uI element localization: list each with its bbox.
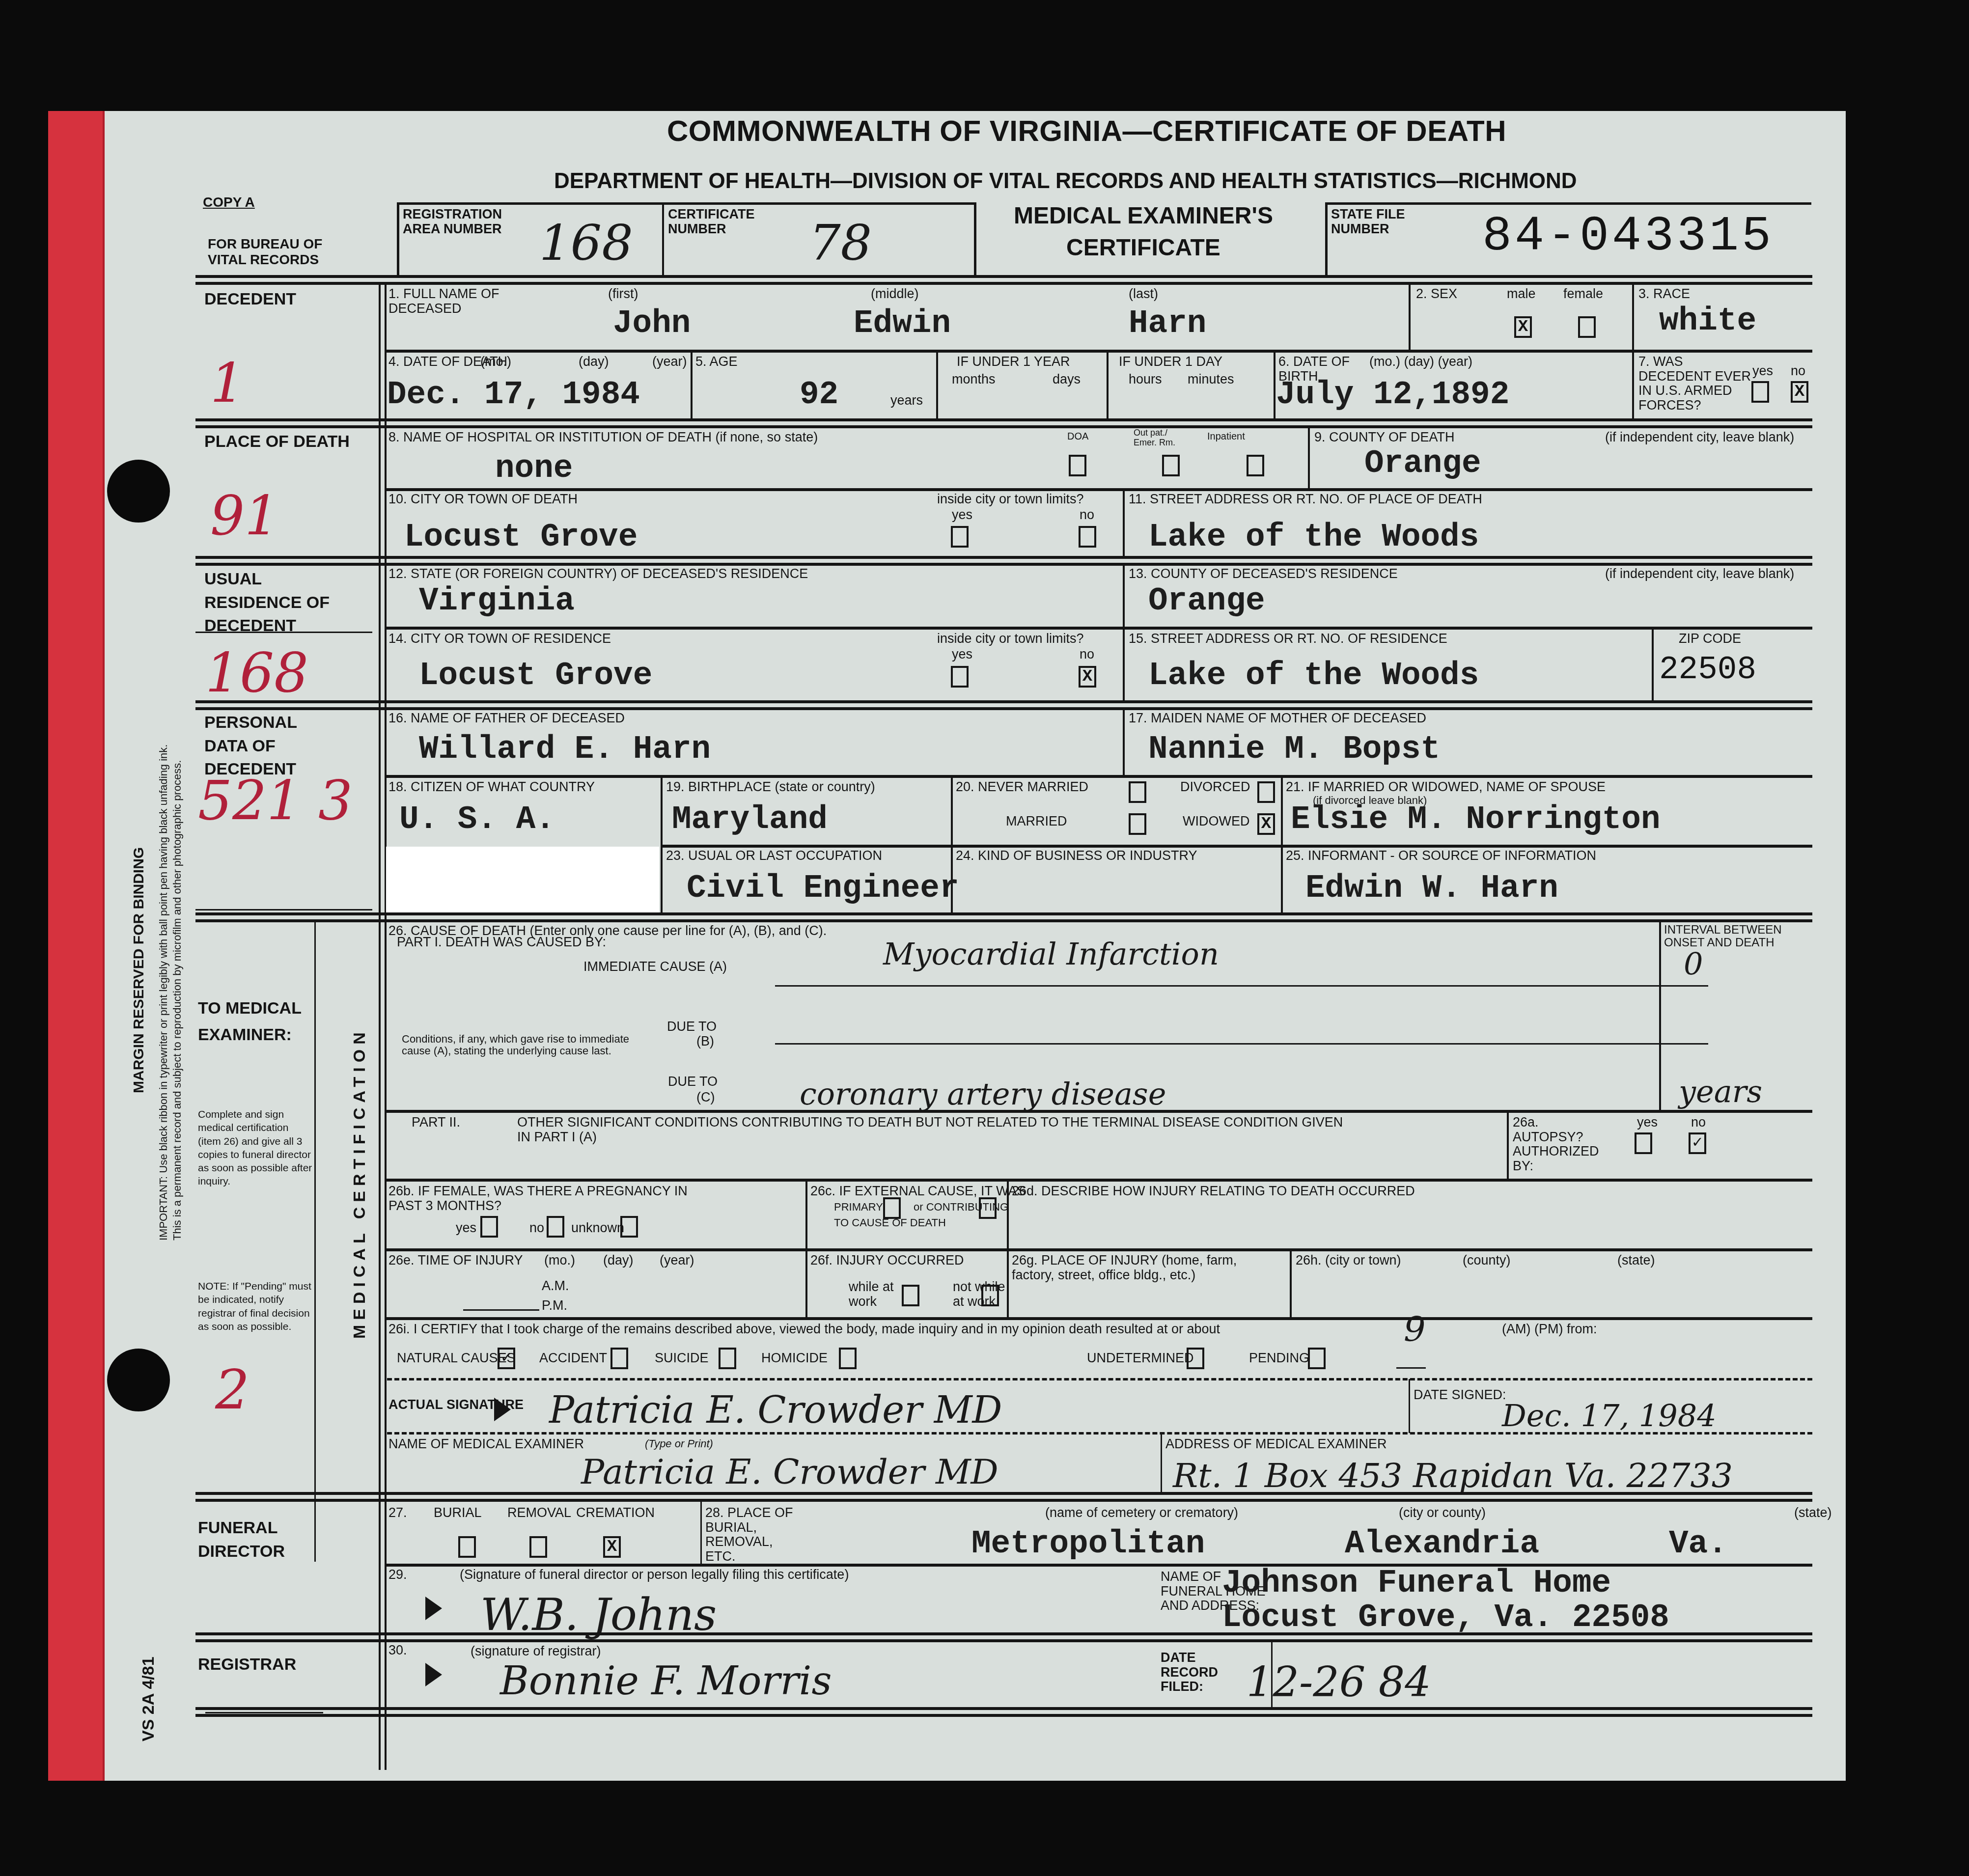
date-of-death-value: Dec. 17, 1984 (387, 376, 640, 413)
father-value: Willard E. Harn (419, 731, 711, 768)
sex-label: 2. SEX (1416, 287, 1457, 302)
residence-limits-no-label: no (1080, 647, 1094, 662)
homicide-label: HOMICIDE (761, 1351, 828, 1366)
autopsy-yes-checkbox[interactable] (1635, 1132, 1652, 1154)
part1-label: PART I. DEATH WAS CAUSED BY: (397, 935, 606, 950)
date-signed-value: Dec. 17, 1984 (1502, 1398, 1717, 1434)
city-of-death-label: 10. CITY OR TOWN OF DEATH (388, 492, 578, 507)
armed-yes-label: yes (1752, 364, 1773, 379)
section-usual-residence: USUAL RESIDENCE OF DECEDENT (204, 568, 347, 638)
medical-instructions: Complete and sign medical certification … (198, 1108, 313, 1188)
burial-city-label: (city or county) (1399, 1506, 1486, 1520)
primary-checkbox[interactable] (883, 1197, 901, 1219)
registration-area-label: REGISTRATION AREA NUMBER (403, 207, 511, 236)
funeral-signature-label: (Signature of funeral director or person… (460, 1568, 849, 1582)
residence-limits-yes-checkbox[interactable] (951, 666, 969, 688)
important-note-1: IMPORTANT: Use black ribbon in typewrite… (157, 745, 170, 1241)
pregnancy-label: 26b. IF FEMALE, WAS THERE A PREGNANCY IN… (388, 1184, 703, 1213)
armed-no-label: no (1791, 364, 1805, 379)
limits-label: inside city or town limits? (937, 492, 1084, 507)
while-at-work-label: while at work (849, 1280, 898, 1309)
examiner-signature: Patricia E. Crowder MD (549, 1388, 1002, 1432)
city-of-death-value: Locust Grove (404, 519, 638, 555)
married-label: MARRIED (1006, 814, 1067, 829)
residence-county-label: 13. COUNTY OF DECEASED'S RESIDENCE (1129, 567, 1398, 581)
birthplace-label: 19. BIRTHPLACE (state or country) (666, 780, 875, 795)
autopsy-label: 26a. AUTOPSY? AUTHORIZED BY: (1513, 1115, 1606, 1174)
funeral-home-address: Locust Grove, Va. 22508 (1222, 1599, 1669, 1636)
outpatient-checkbox[interactable] (1162, 455, 1180, 476)
primary-label: PRIMARY (834, 1201, 883, 1213)
while-at-work-checkbox[interactable] (902, 1285, 919, 1306)
sex-female-checkbox[interactable] (1578, 316, 1596, 338)
residence-county-note: (if independent city, leave blank) (1605, 567, 1794, 581)
divorced-label: DIVORCED (1180, 780, 1250, 795)
code-place-of-death: 91 (210, 484, 279, 547)
injury-state-label: (state) (1617, 1253, 1655, 1268)
minutes-label: minutes (1188, 372, 1234, 387)
section-place-of-death: PLACE OF DEATH (204, 430, 350, 454)
spouse-label: 21. IF MARRIED OR WIDOWED, NAME OF SPOUS… (1286, 780, 1606, 795)
pm-label: P.M. (542, 1298, 567, 1313)
informant-value: Edwin W. Harn (1305, 870, 1558, 907)
homicide-checkbox[interactable] (839, 1348, 857, 1369)
examiner-name-value: Patricia E. Crowder MD (581, 1452, 998, 1492)
occupation-value: Civil Engineer (687, 870, 959, 907)
date-of-death-label: 4. DATE OF DEATH (388, 355, 536, 369)
binding-margin-label: MARGIN RESERVED FOR BINDING (131, 847, 147, 1093)
father-label: 16. NAME OF FATHER OF DECEASED (388, 711, 625, 726)
conditions-note: Conditions, if any, which gave rise to i… (402, 1033, 638, 1057)
removal-label: REMOVAL (507, 1506, 571, 1520)
middle-name-value: Edwin (854, 305, 951, 342)
date-signed-label: DATE SIGNED: (1414, 1388, 1506, 1403)
section-to-medical-examiner: TO MEDICAL EXAMINER: (198, 995, 311, 1048)
pregnancy-no-label: no (529, 1221, 544, 1236)
contributing-checkbox[interactable] (979, 1197, 997, 1219)
hospital-label: 8. NAME OF HOSPITAL OR INSTITUTION OF DE… (388, 430, 818, 445)
part2-text: OTHER SIGNIFICANT CONDITIONS CONTRIBUTIN… (517, 1115, 1352, 1144)
accident-label: ACCIDENT (539, 1351, 607, 1366)
code-medical: 2 (215, 1358, 250, 1421)
citizen-value: U. S. A. (399, 801, 555, 838)
residence-city-label: 14. CITY OR TOWN OF RESIDENCE (388, 632, 611, 646)
never-married-checkbox[interactable] (1129, 781, 1146, 803)
code-personal-data: 521 3 (198, 769, 353, 832)
burial-state-label: (state) (1794, 1506, 1832, 1520)
residence-limits-no-checkbox[interactable]: X (1079, 666, 1096, 688)
disposition-number: 27. (388, 1506, 407, 1520)
ampm-label: (AM) (PM) from: (1502, 1322, 1597, 1337)
widowed-checkbox[interactable]: X (1257, 813, 1275, 835)
mother-value: Nannie M. Bopst (1148, 731, 1440, 768)
under-1-year-label: IF UNDER 1 YEAR (957, 355, 1070, 369)
residence-address-label: 15. STREET ADDRESS OR RT. NO. OF RESIDEN… (1129, 632, 1447, 646)
immediate-cause-label: IMMEDIATE CAUSE (A) (583, 960, 727, 974)
injury-day-label: (day) (603, 1253, 634, 1268)
code-residence: 168 (205, 641, 308, 704)
certificate-number-label: CERTIFICATE NUMBER (668, 207, 747, 236)
hours-label: hours (1129, 372, 1162, 387)
pending-label: PENDING (1249, 1351, 1309, 1366)
days-label: days (1053, 372, 1081, 387)
full-name-label: 1. FULL NAME OF DECEASED (388, 287, 516, 316)
burial-label: BURIAL (434, 1506, 482, 1520)
certify-text: 26i. I CERTIFY that I took charge of the… (388, 1322, 1220, 1337)
autopsy-yes-label: yes (1637, 1115, 1658, 1130)
examiner-type-note: (Type or Print) (645, 1438, 713, 1450)
first-label: (first) (608, 287, 638, 302)
section-funeral-director: FUNERAL DIRECTOR (198, 1517, 321, 1563)
pregnancy-unknown-checkbox[interactable] (620, 1216, 638, 1238)
sex-male-checkbox[interactable]: X (1514, 316, 1532, 338)
burial-checkbox[interactable] (458, 1536, 476, 1558)
age-label: 5. AGE (695, 355, 738, 369)
county-of-death-value: Orange (1364, 445, 1481, 482)
mother-label: 17. MAIDEN NAME OF MOTHER OF DECEASED (1129, 711, 1426, 726)
pregnancy-unknown-label: unknown (571, 1221, 624, 1236)
for-bureau-label: FOR BUREAU OF VITAL RECORDS (208, 236, 326, 268)
due-to-b-label: DUE TO (667, 1020, 717, 1034)
limits-no-label: no (1080, 508, 1094, 523)
funeral-signature-number: 29. (388, 1568, 407, 1582)
residence-address-value: Lake of the Woods (1148, 657, 1479, 694)
pregnancy-yes-label: yes (456, 1221, 476, 1236)
race-label: 3. RACE (1638, 287, 1690, 302)
registrar-signature: Bonnie F. Morris (500, 1658, 832, 1704)
limits-yes-label: yes (952, 508, 972, 523)
age-unit: years (890, 393, 923, 408)
section-decedent: DECEDENT (204, 288, 296, 311)
county-of-death-label: 9. COUNTY OF DEATH (1314, 430, 1455, 445)
injury-county-label: (county) (1463, 1253, 1511, 1268)
under-1-day-label: IF UNDER 1 DAY (1119, 355, 1222, 369)
months-label: months (952, 372, 996, 387)
male-label: male (1507, 287, 1536, 302)
undetermined-label: UNDETERMINED (1087, 1351, 1194, 1366)
burial-state-value: Va. (1669, 1525, 1727, 1562)
state-file-number: 84-043315 (1482, 209, 1774, 265)
female-label: female (1563, 287, 1603, 302)
examiner-address-label: ADDRESS OF MEDICAL EXAMINER (1165, 1437, 1387, 1452)
medical-certification-label: MEDICAL CERTIFICATION (350, 1027, 369, 1339)
place-of-injury-label: 26g. PLACE OF INJURY (home, farm, factor… (1012, 1253, 1277, 1282)
residence-county-value: Orange (1148, 582, 1265, 619)
undetermined-checkbox[interactable] (1187, 1348, 1204, 1369)
removal-checkbox[interactable] (529, 1536, 547, 1558)
due-to-c-label: DUE TO (668, 1075, 718, 1089)
informant-label: 25. INFORMANT - OR SOURCE OF INFORMATION (1286, 849, 1596, 863)
never-married-label: 20. NEVER MARRIED (956, 780, 1088, 795)
time-of-injury-label: 26e. TIME OF INJURY (388, 1253, 523, 1268)
hospital-value: none (495, 450, 573, 487)
widowed-label: WIDOWED (1183, 814, 1249, 829)
date-filed-label: DATE RECORD FILED: (1161, 1651, 1229, 1694)
year-label: (year) (652, 355, 687, 369)
age-value: 92 (800, 376, 838, 413)
section-registrar: REGISTRAR (198, 1653, 296, 1677)
doa-checkbox[interactable] (1069, 455, 1086, 476)
funeral-home-name: Johnson Funeral Home (1222, 1565, 1611, 1601)
immediate-cause-value: Myocardial Infarction (883, 936, 1219, 972)
residence-city-value: Locust Grove (419, 657, 652, 694)
residence-state-value: Virginia (419, 582, 575, 619)
interval-label: INTERVAL BETWEEN ONSET AND DEATH (1664, 924, 1792, 950)
autopsy-no-label: no (1691, 1115, 1706, 1130)
residence-state-label: 12. STATE (OR FOREIGN COUNTRY) OF DECEAS… (388, 567, 808, 581)
interval-c-value: years (1679, 1074, 1762, 1109)
inpatient-label: Inpatient (1207, 431, 1245, 442)
date-filed-value: 12-26 84 (1247, 1658, 1431, 1706)
citizen-label: 18. CITIZEN OF WHAT COUNTRY (388, 780, 595, 795)
mo-label: (mo.) (480, 355, 511, 369)
document-title: COMMONWEALTH OF VIRGINIA—CERTIFICATE OF … (667, 114, 1506, 148)
cremation-checkbox[interactable]: X (603, 1536, 621, 1558)
certificate-number-value: 78 (809, 214, 872, 272)
injury-year-label: (year) (660, 1253, 694, 1268)
spouse-value: Elsie M. Norrington (1291, 801, 1661, 838)
punch-hole (107, 1349, 170, 1411)
pending-checkbox[interactable] (1308, 1348, 1326, 1369)
cemetery-value: Metropolitan (971, 1525, 1205, 1562)
interval-a-value: 0 (1684, 946, 1703, 982)
county-of-death-note: (if independent city, leave blank) (1605, 430, 1794, 445)
middle-label: (middle) (871, 287, 919, 302)
registration-area-value: 168 (539, 214, 633, 272)
copy-label: COPY A (203, 194, 255, 210)
married-checkbox[interactable] (1129, 813, 1146, 835)
armed-forces-label: 7. WAS DECEDENT EVER IN U.S. ARMED FORCE… (1638, 355, 1751, 413)
date-of-birth-value: July 12,1892 (1276, 376, 1509, 413)
dob-parts-label: (mo.) (day) (year) (1369, 355, 1472, 369)
pregnancy-yes-checkbox[interactable] (480, 1216, 498, 1238)
important-note-2: This is a permanent record and subject t… (171, 760, 184, 1241)
first-name-value: John (613, 305, 691, 342)
injury-description-label: 26d. DESCRIBE HOW INJURY RELATING TO DEA… (1012, 1184, 1415, 1199)
state-file-label: STATE FILE NUMBER (1331, 207, 1419, 236)
armed-forces-no-checkbox[interactable]: X (1791, 381, 1808, 403)
not-while-at-work-checkbox[interactable] (981, 1285, 999, 1306)
death-address-label: 11. STREET ADDRESS OR RT. NO. OF PLACE O… (1129, 492, 1482, 507)
occupation-label: 23. USUAL OR LAST OCCUPATION (666, 849, 882, 863)
cemetery-label: (name of cemetery or crematory) (1045, 1506, 1238, 1520)
race-value: white (1659, 303, 1756, 339)
pregnancy-no-checkbox[interactable] (547, 1216, 564, 1238)
am-label: A.M. (542, 1279, 569, 1294)
external-cause-label: 26c. IF EXTERNAL CAUSE, IT WAS (810, 1184, 1026, 1199)
registrar-number: 30. (388, 1643, 407, 1658)
punch-hole (107, 460, 170, 523)
certificate-type: MEDICAL EXAMINER'S CERTIFICATE (971, 200, 1315, 264)
accident-checkbox[interactable] (610, 1348, 628, 1369)
time-of-death-value: 9 (1404, 1309, 1426, 1350)
code-decedent: 1 (210, 352, 245, 414)
part2-label: PART II. (412, 1115, 460, 1130)
red-binding-strip (48, 111, 105, 1781)
birthplace-value: Maryland (672, 801, 828, 838)
injury-city-label: 26h. (city or town) (1296, 1253, 1401, 1268)
cremation-label: CREMATION (576, 1506, 655, 1520)
residence-limits-label: inside city or town limits? (937, 632, 1084, 646)
document-subtitle: DEPARTMENT OF HEALTH—DIVISION OF VITAL R… (554, 169, 1577, 193)
armed-forces-yes-checkbox[interactable] (1751, 381, 1769, 403)
zip-value: 22508 (1659, 651, 1756, 688)
cause-b-label: (B) (696, 1034, 714, 1049)
death-limits-yes-checkbox[interactable] (951, 526, 969, 548)
zip-label: ZIP CODE (1679, 632, 1741, 646)
redacted-field (386, 847, 659, 913)
last-name-value: Harn (1129, 305, 1206, 342)
death-certificate: MARGIN RESERVED FOR BINDING IMPORTANT: U… (48, 111, 1846, 1781)
doa-label: DOA (1067, 431, 1088, 442)
suicide-checkbox[interactable] (719, 1348, 736, 1369)
cause-c-label: (C) (696, 1090, 715, 1105)
examiner-name-label: NAME OF MEDICAL EXAMINER (388, 1437, 584, 1452)
business-label: 24. KIND OF BUSINESS OR INDUSTRY (956, 849, 1197, 863)
autopsy-no-checkbox[interactable]: ✓ (1689, 1132, 1706, 1154)
form-code: VS 2A 4/81 (139, 1656, 158, 1741)
outpat-label: Out pat./ Emer. Rm. (1134, 428, 1178, 448)
natural-causes-checkbox[interactable]: ✓ (498, 1348, 515, 1369)
to-cause-label: TO CAUSE OF DEATH (834, 1217, 946, 1229)
inpatient-checkbox[interactable] (1247, 455, 1264, 476)
last-label: (last) (1129, 287, 1158, 302)
suicide-label: SUICIDE (655, 1351, 709, 1366)
death-limits-no-checkbox[interactable] (1079, 526, 1096, 548)
day-label: (day) (579, 355, 609, 369)
pending-note: NOTE: If "Pending" must be indicated, no… (198, 1280, 313, 1333)
burial-city-value: Alexandria (1345, 1525, 1539, 1562)
registrar-signature-label: (signature of registrar) (471, 1644, 601, 1659)
residence-limits-yes-label: yes (952, 647, 972, 662)
place-of-burial-label: 28. PLACE OF BURIAL, REMOVAL, ETC. (705, 1506, 794, 1564)
examiner-address-value: Rt. 1 Box 453 Rapidan Va. 22733 (1173, 1457, 1733, 1495)
injury-occurred-label: 26f. INJURY OCCURRED (810, 1253, 964, 1268)
injury-mo-label: (mo.) (544, 1253, 575, 1268)
cause-c-value: coronary artery disease (800, 1076, 1166, 1112)
divorced-checkbox[interactable] (1257, 781, 1275, 803)
death-address-value: Lake of the Woods (1148, 519, 1479, 555)
